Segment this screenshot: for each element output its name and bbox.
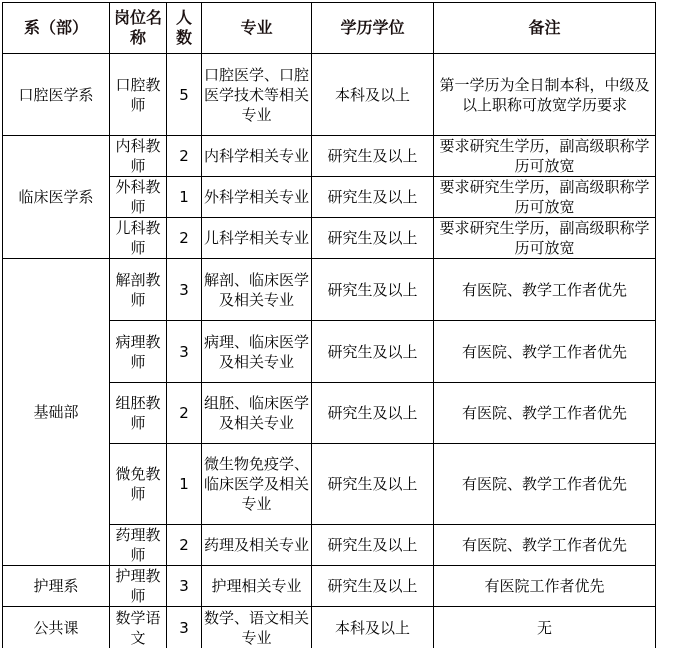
count-cell: 1 <box>167 444 202 525</box>
position-cell: 微免教师 <box>110 444 167 525</box>
remarks-cell: 第一学历为全日制本科，中级及以上职称可放宽学历要求 <box>434 54 656 136</box>
remarks-cell: 有医院、教学工作者优先 <box>434 259 656 321</box>
recruitment-table: 系（部） 岗位名称 人数 专业 学历学位 备注 口腔医学系 口腔教师 5 口腔医… <box>2 2 656 648</box>
table-row: 口腔医学系 口腔教师 5 口腔医学、口腔医学技术等相关专业 本科及以上 第一学历… <box>3 54 656 136</box>
table-row: 基础部 解剖教师 3 解剖、临床医学及相关专业 研究生及以上 有医院、教学工作者… <box>3 259 656 321</box>
major-cell: 内科学相关专业 <box>202 136 312 177</box>
header-remarks: 备注 <box>434 3 656 54</box>
remarks-cell: 有医院、教学工作者优先 <box>434 444 656 525</box>
count-cell: 2 <box>167 218 202 259</box>
major-cell: 护理相关专业 <box>202 566 312 607</box>
major-cell: 解剖、临床医学及相关专业 <box>202 259 312 321</box>
remarks-cell: 有医院、教学工作者优先 <box>434 383 656 444</box>
major-cell: 数学、语文相关专业 <box>202 607 312 648</box>
education-cell: 研究生及以上 <box>312 136 434 177</box>
education-cell: 研究生及以上 <box>312 321 434 383</box>
remarks-cell: 要求研究生学历，副高级职称学历可放宽 <box>434 218 656 259</box>
dept-cell: 口腔医学系 <box>3 54 110 136</box>
dept-cell: 公共课 <box>3 607 110 648</box>
count-cell: 2 <box>167 525 202 566</box>
education-cell: 研究生及以上 <box>312 444 434 525</box>
remarks-cell: 有医院工作者优先 <box>434 566 656 607</box>
position-cell: 病理教师 <box>110 321 167 383</box>
education-cell: 研究生及以上 <box>312 566 434 607</box>
education-cell: 研究生及以上 <box>312 259 434 321</box>
table-row: 公共课 数学语文 3 数学、语文相关专业 本科及以上 无 <box>3 607 656 648</box>
position-cell: 组胚教师 <box>110 383 167 444</box>
dept-cell: 护理系 <box>3 566 110 607</box>
position-cell: 药理教师 <box>110 525 167 566</box>
remarks-cell: 有医院、教学工作者优先 <box>434 321 656 383</box>
remarks-cell: 要求研究生学历，副高级职称学历可放宽 <box>434 136 656 177</box>
count-cell: 3 <box>167 607 202 648</box>
count-cell: 3 <box>167 321 202 383</box>
position-cell: 护理教师 <box>110 566 167 607</box>
header-dept: 系（部） <box>3 3 110 54</box>
header-row: 系（部） 岗位名称 人数 专业 学历学位 备注 <box>3 3 656 54</box>
table-row: 护理系 护理教师 3 护理相关专业 研究生及以上 有医院工作者优先 <box>3 566 656 607</box>
major-cell: 儿科学相关专业 <box>202 218 312 259</box>
major-cell: 病理、临床医学及相关专业 <box>202 321 312 383</box>
dept-cell: 临床医学系 <box>3 136 110 259</box>
remarks-cell: 有医院、教学工作者优先 <box>434 525 656 566</box>
count-cell: 2 <box>167 383 202 444</box>
count-cell: 2 <box>167 136 202 177</box>
position-cell: 内科教师 <box>110 136 167 177</box>
header-major: 专业 <box>202 3 312 54</box>
table-row: 临床医学系 内科教师 2 内科学相关专业 研究生及以上 要求研究生学历，副高级职… <box>3 136 656 177</box>
major-cell: 口腔医学、口腔医学技术等相关专业 <box>202 54 312 136</box>
header-education: 学历学位 <box>312 3 434 54</box>
position-cell: 口腔教师 <box>110 54 167 136</box>
education-cell: 本科及以上 <box>312 54 434 136</box>
header-count: 人数 <box>167 3 202 54</box>
count-cell: 1 <box>167 177 202 218</box>
education-cell: 研究生及以上 <box>312 525 434 566</box>
position-cell: 儿科教师 <box>110 218 167 259</box>
major-cell: 微生物免疫学、临床医学及相关专业 <box>202 444 312 525</box>
count-cell: 5 <box>167 54 202 136</box>
education-cell: 研究生及以上 <box>312 177 434 218</box>
education-cell: 本科及以上 <box>312 607 434 648</box>
count-cell: 3 <box>167 566 202 607</box>
position-cell: 数学语文 <box>110 607 167 648</box>
header-position: 岗位名称 <box>110 3 167 54</box>
remarks-cell: 无 <box>434 607 656 648</box>
position-cell: 外科教师 <box>110 177 167 218</box>
education-cell: 研究生及以上 <box>312 218 434 259</box>
education-cell: 研究生及以上 <box>312 383 434 444</box>
remarks-cell: 要求研究生学历，副高级职称学历可放宽 <box>434 177 656 218</box>
position-cell: 解剖教师 <box>110 259 167 321</box>
major-cell: 药理及相关专业 <box>202 525 312 566</box>
major-cell: 组胚、临床医学及相关专业 <box>202 383 312 444</box>
dept-cell: 基础部 <box>3 259 110 566</box>
count-cell: 3 <box>167 259 202 321</box>
major-cell: 外科学相关专业 <box>202 177 312 218</box>
